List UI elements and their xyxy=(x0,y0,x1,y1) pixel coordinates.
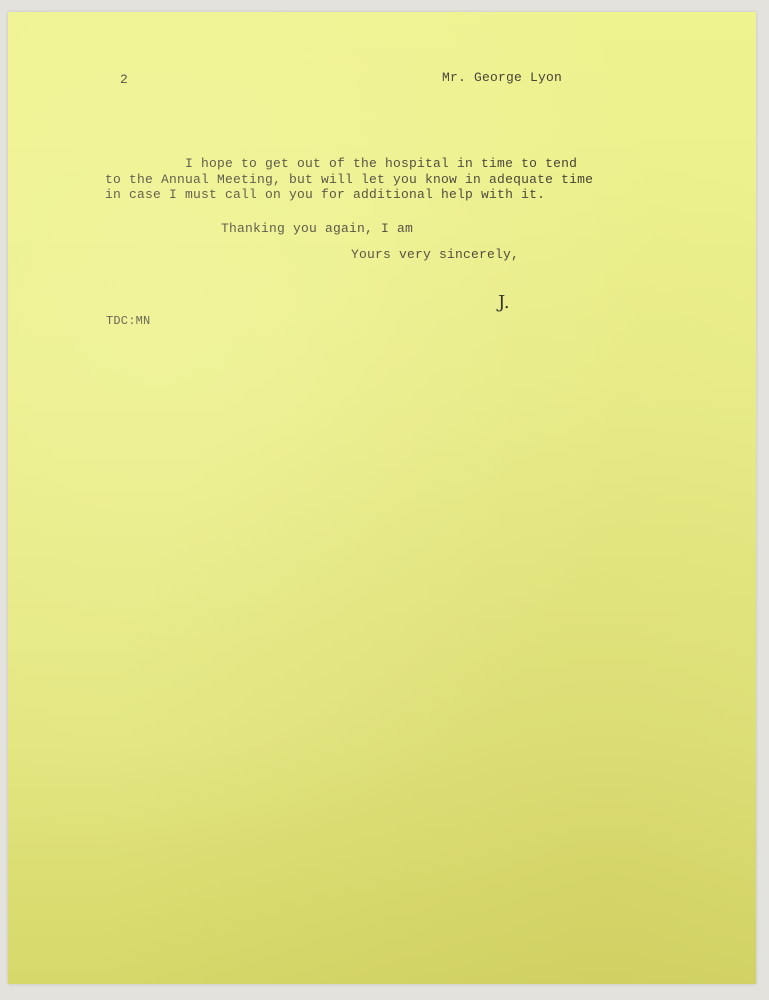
page-number: 2 xyxy=(120,72,128,87)
body-paragraph: I hope to get out of the hospital in tim… xyxy=(105,156,593,203)
signoff: Yours very sincerely, xyxy=(351,247,519,262)
closing-line: Thanking you again, I am xyxy=(221,221,413,236)
letter-page: 2 Mr. George Lyon I hope to get out of t… xyxy=(8,12,756,984)
handwritten-signature: J. xyxy=(498,292,510,313)
recipient-header: Mr. George Lyon xyxy=(442,70,562,85)
typist-initials: TDC:MN xyxy=(106,314,150,328)
